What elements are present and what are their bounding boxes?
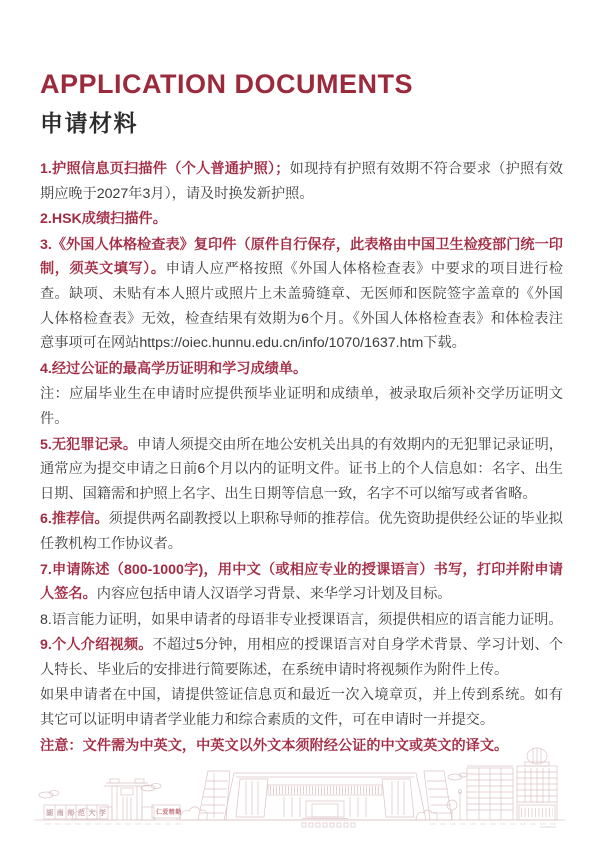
cloud-icon bbox=[39, 791, 59, 799]
document-paragraph: 注：应届毕业生在申请时应提供预毕业证明和成绩单，被录取后须补交学历证明文件。 bbox=[40, 382, 563, 431]
document-paragraph: 7.申请陈述（800-1000字)，用中文（或相应专业的授课语言）书写，打印并附… bbox=[40, 558, 563, 607]
page-title-en: APPLICATION DOCUMENTS bbox=[40, 70, 560, 98]
tree-icon bbox=[447, 800, 457, 820]
midrise-building bbox=[467, 766, 513, 820]
document-paragraph: 6.推荐信。须提供两名副教授以上职称导师的推荐信。优先资助提供经公证的毕业拟任教… bbox=[40, 507, 563, 556]
item-emphasis-text: 9.个人介绍视频。 bbox=[40, 637, 153, 653]
document-header: APPLICATION DOCUMENTS 申请材料 bbox=[40, 70, 560, 138]
document-page: APPLICATION DOCUMENTS 申请材料 1.护照信息页扫描件（个人… bbox=[0, 0, 600, 848]
item-body-text: 须提供两名副教授以上职称导师的推荐信。优先资助提供经公证的毕业拟任教机构工作协议… bbox=[40, 511, 563, 552]
document-paragraph: 3.《外国人体格检查表》复印件（原件自行保存，此表格由中国卫生检疫部门统一印制，… bbox=[40, 233, 563, 356]
page-title-zh: 申请材料 bbox=[40, 105, 560, 138]
document-paragraph: 4.经过公证的最高学历证明和学习成绩单。 bbox=[40, 357, 563, 382]
item-body-text: 内容应包括申请人汉语学习背景、来华学习计划及目标。 bbox=[97, 586, 452, 602]
plaza-markers bbox=[302, 823, 355, 827]
item-emphasis-text: 2.HSK成绩扫描件。 bbox=[40, 211, 167, 227]
item-emphasis-text: 6.推荐信。 bbox=[40, 511, 109, 527]
motto-sign-text: 仁爱精勤 bbox=[156, 808, 182, 816]
document-paragraph: 2.HSK成绩扫描件。 bbox=[40, 207, 563, 232]
document-paragraph: 1.护照信息页扫描件（个人普通护照）；如现持有护照有效期不符合要求（护照有效期应… bbox=[40, 157, 563, 206]
item-emphasis-text: 1.护照信息页扫描件（个人普通护照）； bbox=[40, 161, 289, 177]
left-annex-building bbox=[198, 771, 230, 820]
street-lamp-icon bbox=[458, 790, 462, 821]
bush-icon bbox=[416, 810, 437, 820]
item-body-text: 注：应届毕业生在申请时应提供预毕业证明和成绩单，被录取后须补交学历证明文件。 bbox=[40, 386, 563, 427]
campus-skyline-illustration: 湖南师范大学 仁爱精勤 bbox=[0, 743, 600, 848]
ground-line bbox=[35, 820, 565, 824]
cloud-icon bbox=[141, 784, 161, 792]
item-emphasis-text: 5.无犯罪记录。 bbox=[40, 437, 137, 453]
document-paragraph: 8.语言能力证明，如果申请者的母语非专业授课语言，须提供相应的语言能力证明。 bbox=[40, 608, 563, 633]
document-paragraph: 9.个人介绍视频。不超过5分钟，用相应的授课语言对自身学术背景、学习计划、个人特… bbox=[40, 633, 563, 682]
dome-tower-building bbox=[517, 748, 557, 820]
main-hall-sketch bbox=[224, 773, 426, 820]
document-content: 1.护照信息页扫描件（个人普通护照）；如现持有护照有效期不符合要求（护照有效期应… bbox=[40, 157, 563, 759]
document-paragraph: 5.无犯罪记录。申请人须提交由所在地公安机关出具的有效期内的无犯罪记录证明，通常… bbox=[40, 433, 563, 507]
item-body-text: 如果申请者在中国，请提供签证信息页和最近一次入境章页，并上传到系统。如有其它可以… bbox=[40, 687, 563, 728]
motto-sign: 仁爱精勤 bbox=[152, 805, 182, 820]
campus-sketch: 湖南师范大学 仁爱精勤 bbox=[0, 743, 600, 848]
cloud-icon bbox=[448, 773, 467, 780]
item-emphasis-text: 4.经过公证的最高学历证明和学习成绩单。 bbox=[40, 361, 307, 377]
item-body-text: 8.语言能力证明，如果申请者的母语非专业授课语言，须提供相应的语言能力证明。 bbox=[40, 612, 563, 628]
document-paragraph: 如果申请者在中国，请提供签证信息页和最近一次入境章页，并上传到系统。如有其它可以… bbox=[40, 683, 563, 732]
bush-icon bbox=[180, 807, 207, 820]
